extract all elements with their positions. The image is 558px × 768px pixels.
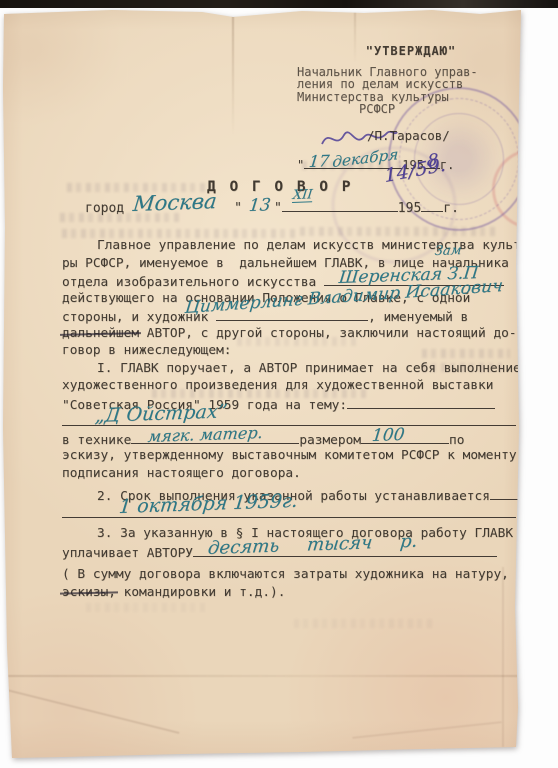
typed-line: эскизу, утвержденному выставочным комите… xyxy=(62,448,522,466)
date-day-handwritten: 13 xyxy=(248,197,272,215)
typed-line: стороны, и художник , именуемый вЦиммерл… xyxy=(62,308,522,326)
date-open-quote: " xyxy=(234,201,242,216)
date-close-quote: " xyxy=(274,201,282,216)
struck-word: дальнейшем xyxy=(62,326,139,341)
date-month-handwritten: XII xyxy=(292,188,313,203)
approval-line: Министерства культуры xyxy=(297,91,524,104)
approval-title: "УТВЕРЖДАЮ" xyxy=(297,45,524,58)
approval-date-open-quote: " xyxy=(297,158,304,172)
crease-horizontal xyxy=(2,675,524,677)
payment-blank: десять тысяч р. xyxy=(193,544,497,557)
ghost-smudge xyxy=(86,603,206,612)
size-blank: 100 xyxy=(361,431,449,444)
typed-line: „Д Ойстрах” xyxy=(62,413,522,431)
place-date-line: городМосква"13"XII195г. xyxy=(85,199,459,216)
typed-line: дальнейшем АВТОР, с другой стороны, закл… xyxy=(62,326,522,344)
place-label: город xyxy=(85,201,124,216)
paper-wrapper: "УТВЕРЖДАЮ" Начальник Главного управ- ле… xyxy=(2,7,524,758)
typed-line: подписания настоящего договора. xyxy=(62,466,522,484)
approval-line: ления по делам искусств xyxy=(297,78,524,91)
handwritten-technique: мягк. матер. xyxy=(147,425,264,445)
year-blank xyxy=(421,199,443,212)
handwritten-size: 100 xyxy=(371,426,405,444)
signature-row: /П.Тарасов/ xyxy=(297,122,524,152)
struck-word: эскизы, xyxy=(62,585,116,600)
handwritten-theme: „Д Ойстрах” xyxy=(94,402,228,426)
approval-line: РСФСР xyxy=(297,103,524,116)
typed-line: уплачивает АВТОРУдесять тысяч р. xyxy=(62,544,522,562)
typed-line: говор в нижеследующем: xyxy=(62,343,522,361)
deadline-blank-start xyxy=(490,487,524,500)
year-era: г. xyxy=(443,201,459,216)
handwritten-insert-zam: Зам xyxy=(434,244,462,258)
scanned-paper: "УТВЕРЖДАЮ" Начальник Главного управ- ле… xyxy=(2,7,524,758)
director-signature-name: /П.Тарасов/ xyxy=(367,130,450,143)
ghost-smudge xyxy=(294,619,434,628)
technique-blank: мягк. матер. xyxy=(131,431,299,444)
month-blank: XII xyxy=(282,199,398,212)
theme-blank-start xyxy=(347,396,495,409)
contract-title-text: Д О Г О В О Р xyxy=(207,179,353,195)
typed-line: эскизы, командировки и т.д.). xyxy=(62,585,522,603)
typed-line: 1 октября 1959г. xyxy=(62,505,522,523)
contract-title: Д О Г О В О Р 14/59. xyxy=(207,179,353,195)
year-prefix: 195 xyxy=(398,201,421,216)
city-handwritten: Москва xyxy=(132,191,218,215)
approval-block: "УТВЕРЖДАЮ" Начальник Главного управ- ле… xyxy=(297,45,524,171)
contract-body: Главное управление по делам искусств мин… xyxy=(62,238,522,602)
typed-line: в техникемягк. матер.размером100по xyxy=(62,431,522,449)
crease-vertical-top xyxy=(232,7,234,135)
typed-line: ( В сумму договора включаются затраты ху… xyxy=(62,567,522,585)
ghost-smudge xyxy=(62,229,297,238)
approval-date-day: 17 xyxy=(308,153,330,170)
typed-line: художественного произведения для художес… xyxy=(62,378,522,396)
crease-diagonal-br xyxy=(352,721,501,739)
crease-diagonal-bl xyxy=(2,686,179,734)
handwritten-payment: десять тысяч р. xyxy=(207,532,418,557)
typed-line: I. ГЛАВК поручает, а АВТОР принимает на … xyxy=(62,361,522,379)
ghost-smudge xyxy=(300,227,495,236)
